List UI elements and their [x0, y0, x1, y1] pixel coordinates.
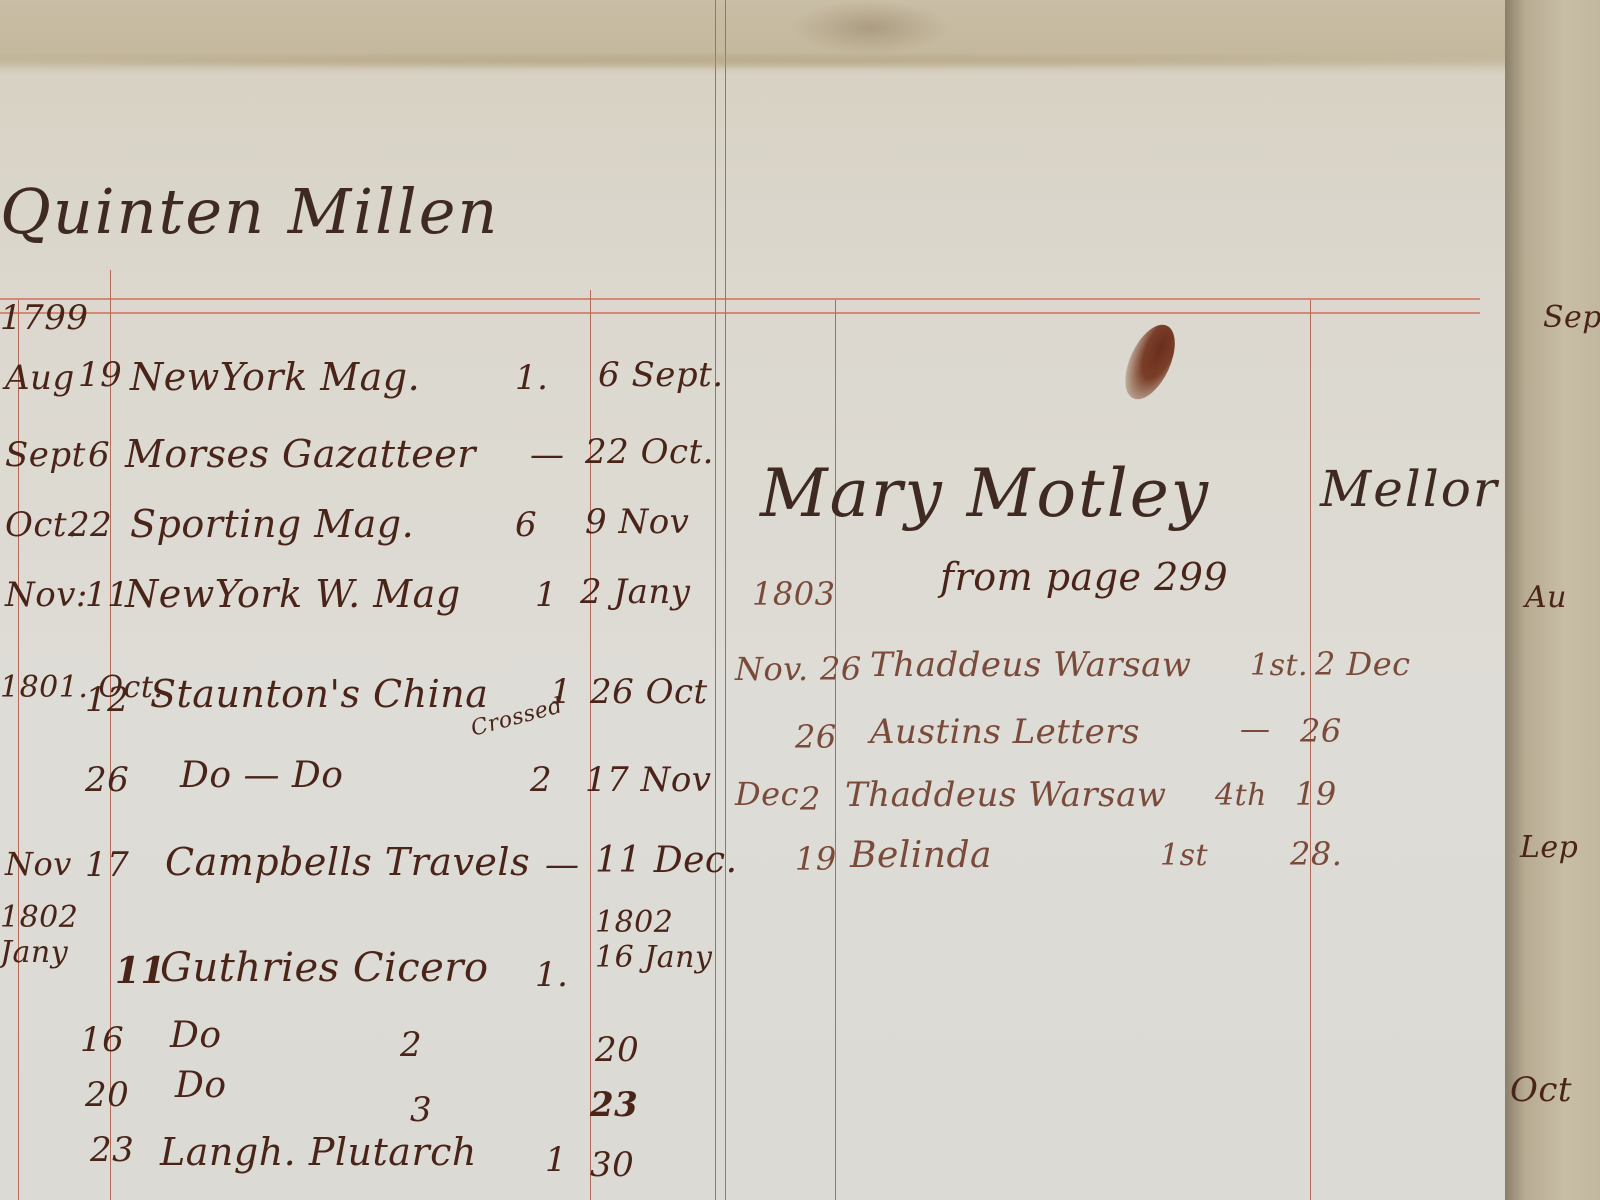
facing-page-fragment: Oct [1510, 1070, 1572, 1110]
entry-returned: 2 Jany [580, 572, 690, 612]
account-year: 1803 [752, 575, 835, 613]
ledger-page: Quinten Millen 1799 Aug 19 NewYork Mag. … [0, 0, 1525, 1200]
entry-title: NewYork Mag. [130, 355, 420, 399]
account-heading-far-right: Mellor [1320, 460, 1499, 518]
entry-volume: 2 [400, 1025, 422, 1065]
entry-month: Aug [5, 358, 75, 398]
entry-returned: 2 Dec [1315, 645, 1411, 683]
entry-day: 20 [85, 1075, 129, 1115]
entry-returned: 9 Nov [585, 502, 689, 542]
entry-volume: 6 [515, 505, 537, 545]
entry-day: 19 [795, 840, 837, 878]
entry-day: 19 [78, 355, 122, 395]
entry-day: 2 [800, 780, 821, 818]
entry-title: Guthries Cicero [160, 945, 489, 991]
entry-day: 12 [85, 680, 129, 720]
entry-title: Staunton's China [150, 672, 488, 716]
column-rule [725, 0, 726, 1200]
entry-returned: 17 Nov [585, 760, 712, 800]
entry-day: 26 [820, 650, 862, 688]
entry-month: Nov [5, 845, 72, 883]
water-stain [790, 0, 950, 55]
facing-page-fragment: Lep [1520, 830, 1578, 865]
entry-volume: 1. [515, 358, 548, 398]
year-header: 1799 [0, 298, 89, 338]
entry-day: 23 [90, 1130, 134, 1170]
entry-month: Sept [5, 435, 86, 475]
entry-volume: 1. [535, 955, 568, 995]
entry-volume: 3 [410, 1090, 432, 1130]
entry-returned: 30 [590, 1145, 634, 1185]
entry-returned: 26 [1300, 712, 1342, 750]
entry-day: 11 [85, 575, 129, 615]
ink-blot [1115, 317, 1185, 406]
entry-title: Belinda [850, 835, 992, 876]
entry-volume: — [1240, 712, 1271, 747]
entry-month: 1802 Jany [0, 900, 100, 970]
entry-title: Sporting Mag. [130, 502, 414, 546]
entry-title: NewYork W. Mag [125, 572, 461, 616]
entry-volume: 1 [545, 1140, 567, 1180]
header-rule-bottom [0, 312, 1480, 314]
entry-volume: — [530, 435, 565, 475]
column-rule [715, 0, 716, 1200]
entry-day: 26 [795, 718, 837, 756]
entry-title: Thaddeus Warsaw [870, 645, 1192, 685]
entry-volume: — [545, 845, 580, 885]
entry-day: 17 [85, 845, 129, 885]
header-rule-top [0, 298, 1480, 300]
entry-day: 26 [85, 760, 129, 800]
entry-returned: 23 [590, 1085, 638, 1125]
entry-volume: 2 [530, 760, 552, 800]
entry-title: Do [170, 1015, 222, 1056]
entry-month: Nov. [735, 650, 809, 688]
entry-returned: 26 Oct [590, 672, 708, 712]
entry-day: 6 [88, 435, 110, 475]
entry-month: 1801. Oct. [0, 670, 163, 705]
entry-returned: 20 [595, 1030, 639, 1070]
entry-returned: 28. [1290, 835, 1342, 873]
entry-volume: 1 [535, 575, 557, 615]
entry-returned: 1802 16 Jany [595, 905, 715, 975]
entry-title: Thaddeus Warsaw [845, 775, 1167, 815]
entry-returned: 22 Oct. [585, 432, 714, 472]
column-rule [590, 290, 591, 1200]
entry-volume: 1st [1160, 838, 1208, 873]
entry-title: Morses Gazatteer [125, 432, 476, 476]
entry-title: Austins Letters [870, 712, 1140, 752]
account-subheading: from page 299 [940, 555, 1228, 599]
entry-day: 16 [80, 1020, 124, 1060]
column-rule [110, 270, 111, 1200]
entry-day: 11 [115, 950, 166, 992]
account-heading-left: Quinten Millen [0, 175, 499, 248]
entry-title: Langh. Plutarch [160, 1130, 477, 1174]
facing-page-fragment: Au [1525, 580, 1567, 615]
entry-title: Do — Do [180, 755, 343, 796]
entry-day: 22 [68, 505, 112, 545]
entry-returned: 11 Dec. [595, 840, 738, 881]
entry-title: Campbells Travels [165, 840, 530, 884]
entry-returned: 6 Sept. [598, 355, 724, 395]
column-rule [1310, 300, 1311, 1200]
facing-page-fragment: Sept [1543, 300, 1600, 335]
entry-volume: 1st. [1250, 648, 1308, 683]
entry-title: Do [175, 1065, 227, 1106]
facing-page-edge: Sept Au Lep Oct [1505, 0, 1600, 1200]
entry-returned: 19 [1295, 775, 1337, 813]
entry-volume: 4th [1215, 778, 1267, 813]
account-heading-right: Mary Motley [760, 455, 1210, 532]
entry-month: Nov: [5, 575, 88, 615]
entry-month: Dec [735, 775, 799, 813]
